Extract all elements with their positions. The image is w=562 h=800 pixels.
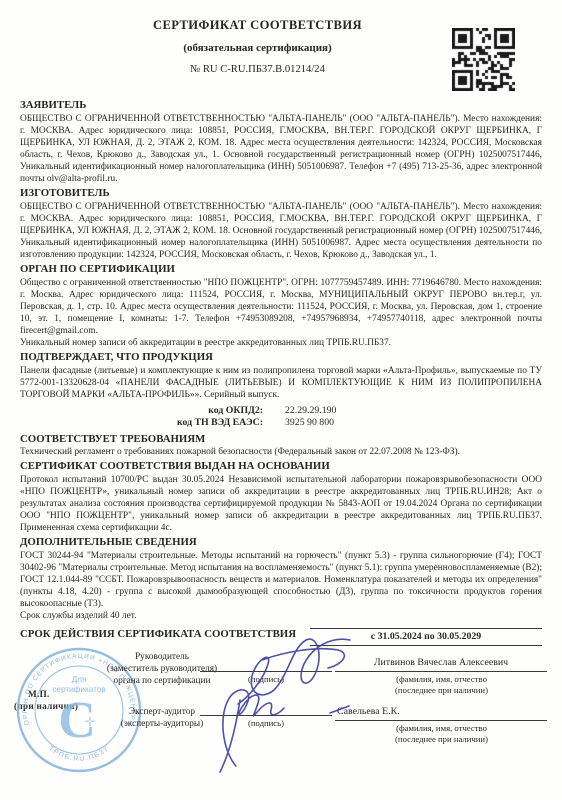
name-caption: (фамилия, имя, отчество (последнее при н… <box>344 723 539 745</box>
validity-section: СРОК ДЕЙСТВИЯ СЕРТИФИКАТА СООТВЕТСТВИЯ с… <box>20 628 542 646</box>
code-row-okpd2: код ОКПД2: 22.29.29.190 <box>20 405 542 418</box>
certificate-page: СЕРТИФИКАТ СООТВЕТСТВИЯ (обязательная се… <box>0 0 562 800</box>
signature-line <box>200 671 332 672</box>
section-text: ГОСТ 30244-94 "Материалы строительные. М… <box>20 550 542 610</box>
section-applicant: ЗАЯВИТЕЛЬ ОБЩЕСТВО С ОГРАНИЧЕННОЙ ОТВЕТС… <box>20 99 542 185</box>
section-requirements: СООТВЕТСТВУЕТ ТРЕБОВАНИЯМ Технический ре… <box>20 433 542 459</box>
section-text: Общество с ограниченной ответственностью… <box>20 277 542 337</box>
section-product: ПОДТВЕРЖДАЕТ, ЧТО ПРОДУКЦИЯ Панели фасад… <box>20 351 542 401</box>
certificate-number: № RU С-RU.ПБ37.В.01214/24 <box>0 64 515 75</box>
signer-name-expert: Савельева Е.К. <box>335 706 549 718</box>
section-heading: ЗАЯВИТЕЛЬ <box>20 99 542 112</box>
signature-head-stroke2 <box>262 649 344 668</box>
product-codes: код ОКПД2: 22.29.29.190 код ТН ВЭД ЕАЭС:… <box>20 405 542 430</box>
section-manufacturer: ИЗГОТОВИТЕЛЬ ОБЩЕСТВО С ОГРАНИЧЕННОЙ ОТВ… <box>20 187 542 261</box>
section-additional-info: ДОПОЛНИТЕЛЬНЫЕ СВЕДЕНИЯ ГОСТ 30244-94 "М… <box>20 536 542 622</box>
signer-name-head: Литвинов Вячеслав Алексеевич <box>335 657 547 669</box>
section-heading: ДОПОЛНИТЕЛЬНЫЕ СВЕДЕНИЯ <box>20 536 542 549</box>
service-life-note: Срок службы изделий 40 лет. <box>20 610 542 622</box>
okpd2-value: 22.29.29.190 <box>285 405 336 418</box>
name-line <box>335 720 547 721</box>
certificate-header: СЕРТИФИКАТ СООТВЕТСТВИЯ (обязательная се… <box>0 18 515 75</box>
section-heading: СООТВЕТСТВУЕТ ТРЕБОВАНИЯМ <box>20 433 542 446</box>
section-text: ОБЩЕСТВО С ОГРАНИЧЕННОЙ ОТВЕТСТВЕННОСТЬЮ… <box>20 201 542 261</box>
qr-code-icon <box>452 28 515 91</box>
signature-caption: (подпись) <box>200 718 332 728</box>
section-heading: ИЗГОТОВИТЕЛЬ <box>20 187 542 200</box>
validity-dates: с 31.05.2024 по 30.05.2029 <box>310 628 542 646</box>
stamp-line1: Для <box>72 675 87 684</box>
name-caption: (фамилия, имя, отчество (последнее при н… <box>344 674 539 696</box>
tnved-value: 3925 90 800 <box>285 417 334 430</box>
section-heading: СЕРТИФИКАТ СООТВЕТСТВИЯ ВЫДАН НА ОСНОВАН… <box>20 460 542 473</box>
certificate-body: ЗАЯВИТЕЛЬ ОБЩЕСТВО С ОГРАНИЧЕННОЙ ОТВЕТС… <box>20 97 542 646</box>
accreditation-number: Уникальный номер записи об аккредитации … <box>20 337 542 349</box>
section-text: Технический регламент о требованиях пожа… <box>20 446 542 458</box>
validity-heading: СРОК ДЕЙСТВИЯ СЕРТИФИКАТА СООТВЕТСТВИЯ <box>20 628 296 640</box>
section-text: Протокол испытаний 10700/РС выдан 30.05.… <box>20 474 542 534</box>
section-heading: ОРГАН ПО СЕРТИФИКАЦИИ <box>20 263 542 276</box>
okpd2-label: код ОКПД2: <box>20 405 285 418</box>
section-basis: СЕРТИФИКАТ СООТВЕТСТВИЯ ВЫДАН НА ОСНОВАН… <box>20 460 542 534</box>
tnved-label: код ТН ВЭД ЕАЭС: <box>20 417 285 430</box>
page-title: СЕРТИФИКАТ СООТВЕТСТВИЯ <box>0 18 515 33</box>
section-heading: ПОДТВЕРЖДАЕТ, ЧТО ПРОДУКЦИЯ <box>20 351 542 364</box>
section-text: Панели фасадные (литьевые) и комплектующ… <box>20 365 542 401</box>
signature-line <box>200 715 332 716</box>
code-row-tnved: код ТН ВЭД ЕАЭС: 3925 90 800 <box>20 417 542 430</box>
section-text: ОБЩЕСТВО С ОГРАНИЧЕННОЙ ОТВЕТСТВЕННОСТЬЮ… <box>20 113 542 186</box>
section-certification-body: ОРГАН ПО СЕРТИФИКАЦИИ Общество с огранич… <box>20 263 542 349</box>
name-line <box>335 671 547 672</box>
signature-caption: (подпись) <box>200 674 332 684</box>
certification-type: (обязательная сертификация) <box>0 42 515 54</box>
